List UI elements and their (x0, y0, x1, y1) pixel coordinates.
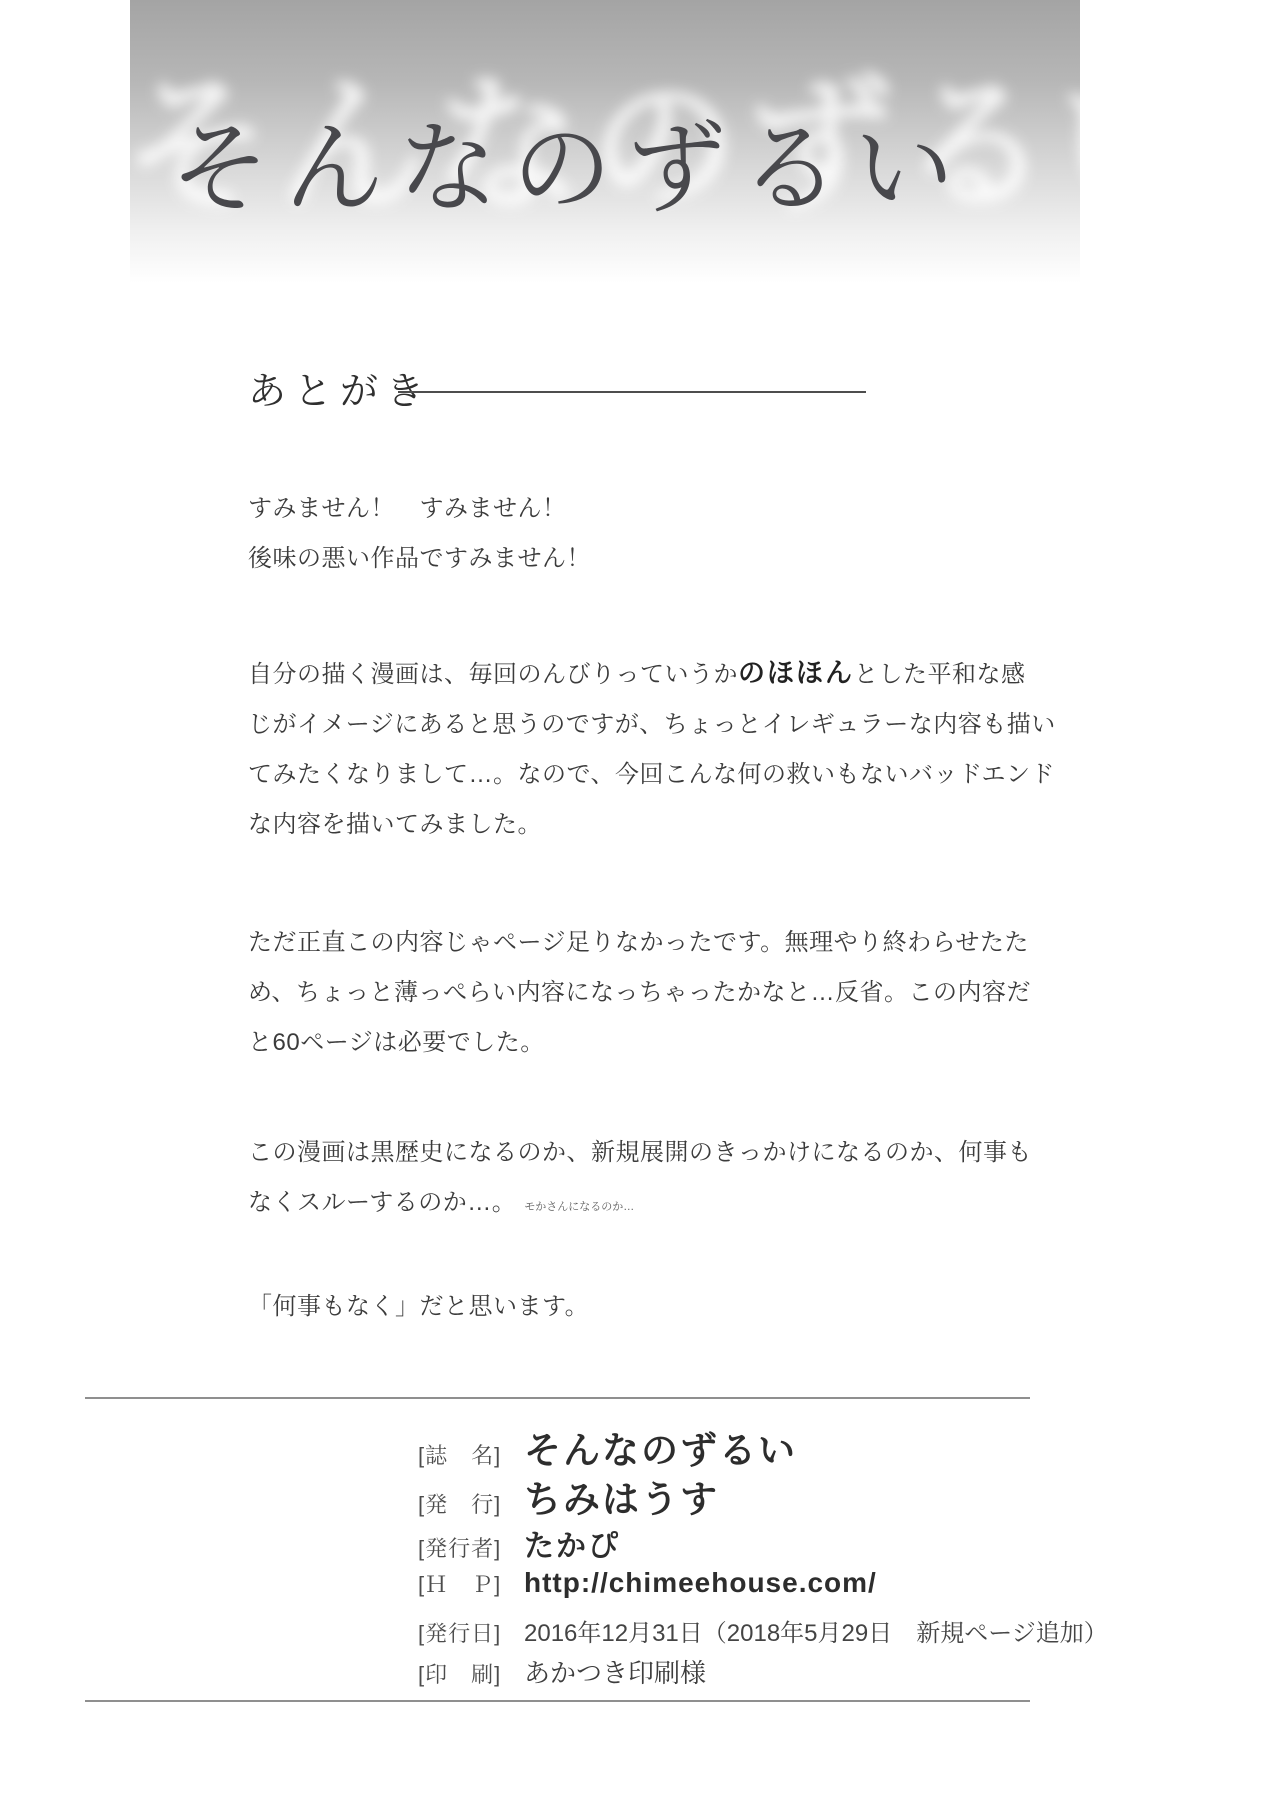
colophon-row-printer: [印 刷] あかつき印刷様 (418, 1653, 706, 1690)
colophon-row-title: [誌 名] そんなのずるい (418, 1420, 797, 1474)
colophon-label: [発 行] (418, 1488, 514, 1519)
colophon-value: あかつき印刷様 (524, 1653, 706, 1690)
colophon-row-publisher-circle: [発 行] ちみはうす (418, 1469, 719, 1523)
aside-note: モかさんになるのか… (524, 1201, 634, 1213)
paragraph-line: この漫画は黒歴史になるのか、新規展開のきっかけになるのか、何事も (248, 1128, 898, 1178)
paragraph-line: すみません！ すみません！ (248, 484, 898, 534)
paragraph-line: 後味の悪い作品ですみません！ (248, 534, 898, 584)
colophon-value: そんなのずるい (524, 1420, 797, 1474)
colophon-label: [発行者] (418, 1532, 514, 1563)
colophon-row-publish-date: [発行日] 2016年12月31日（2018年5月29日 新規ページ追加） (418, 1613, 1108, 1648)
colophon-value: 2016年12月31日（2018年5月29日 新規ページ追加） (524, 1613, 1108, 1648)
line-segment: 自分の描く漫画は、毎回のんびりっていうか (248, 661, 738, 688)
afterword-page: そんなのずるい そんなのずるい あとがき すみません！ すみません！ 後味の悪い… (0, 0, 1280, 1808)
title-header: そんなのずるい そんなのずるい (130, 0, 1080, 283)
paragraph-line: ただ正直この内容じゃページ足りなかったです。無理やり終わらせたた (248, 918, 898, 968)
colophon-row-author: [発行者] たかぴ (418, 1521, 620, 1565)
paragraph-reflection: ただ正直この内容じゃページ足りなかったです。無理やり終わらせたた め、ちょっと薄… (248, 918, 898, 1068)
paragraph-line: 自分の描く漫画は、毎回のんびりっていうかのほほんとした平和な感 (248, 648, 898, 700)
paragraph-line: てみたくなりまして…。なので、今回こんな何の救いもないバッドエンド (248, 750, 898, 800)
page-title: そんなのずるい (170, 88, 968, 232)
colophon-value: ちみはうす (524, 1469, 719, 1523)
paragraph-line: なくスルーするのか…。モかさんになるのか… (248, 1178, 898, 1232)
paragraph-conclusion: 「何事もなく」だと思います。 (248, 1282, 898, 1332)
colophon-label: [Ｈ Ｐ] (418, 1568, 514, 1599)
colophon-value-url: http://chimeehouse.com/ (524, 1567, 877, 1599)
paragraph-apology: すみません！ すみません！ 後味の悪い作品ですみません！ (248, 484, 898, 584)
paragraph-line: 「何事もなく」だと思います。 (248, 1282, 898, 1332)
paragraph-speculation: この漫画は黒歴史になるのか、新規展開のきっかけになるのか、何事も なくスルーする… (248, 1128, 898, 1232)
colophon-bottom-rule (85, 1700, 1030, 1702)
paragraph-line: と60ページは必要でした。 (248, 1018, 898, 1068)
line-segment: とした平和な感 (854, 661, 1026, 688)
colophon-label: [発行日] (418, 1617, 514, 1648)
emphasis-nohohon: のほほん (738, 658, 854, 688)
afterword-heading: あとがき (248, 360, 432, 415)
colophon-value: たかぴ (524, 1521, 620, 1565)
paragraph-line: な内容を描いてみました。 (248, 800, 898, 850)
paragraph-line: じがイメージにあると思うのですが、ちょっとイレギュラーな内容も描い (248, 700, 898, 750)
colophon-row-homepage: [Ｈ Ｐ] http://chimeehouse.com/ (418, 1567, 877, 1599)
colophon-label: [誌 名] (418, 1439, 514, 1470)
line-segment: なくスルーするのか…。 (248, 1189, 516, 1216)
colophon-top-rule (85, 1397, 1030, 1399)
colophon-label: [印 刷] (418, 1658, 514, 1689)
paragraph-about-style: 自分の描く漫画は、毎回のんびりっていうかのほほんとした平和な感 じがイメージにあ… (248, 648, 898, 850)
paragraph-line: め、ちょっと薄っぺらい内容になっちゃったかなと…反省。この内容だ (248, 968, 898, 1018)
heading-rule (398, 391, 866, 393)
